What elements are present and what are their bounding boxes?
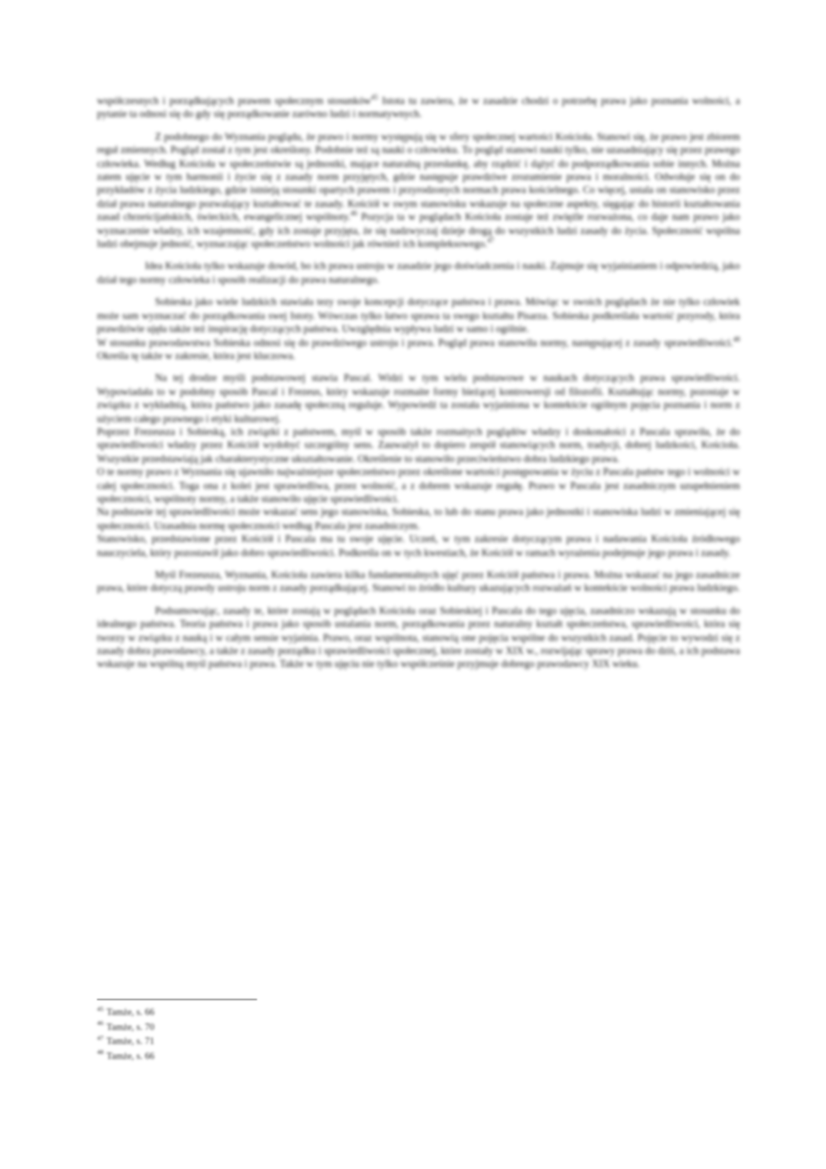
footnote: 46Tamże, s. 70 — [97, 1021, 397, 1036]
paragraph: Z podobnego do Wyznania poglądu, że praw… — [97, 131, 740, 252]
footnote: 45Tamże, s. 66 — [97, 1006, 397, 1021]
footnote-ref: 47 — [487, 237, 494, 245]
paragraph-continuation: O te normy prawo z Wyznania się ujawniło… — [97, 466, 740, 506]
document-page: współczesnych i porządkujących prawem sp… — [0, 0, 826, 1169]
footnote-separator — [97, 999, 257, 1000]
paragraph-continuation: Stanowisko, przedstawione przez Kościół … — [97, 533, 740, 560]
paragraph: Idea Kościoła tylko wskazuje dowód, bo i… — [97, 260, 740, 287]
document-body: współczesnych i porządkujących prawem sp… — [97, 95, 740, 681]
paragraph: Na tej drodze myśli podstawowej stawia P… — [97, 372, 740, 426]
footnote: 47Tamże, s. 71 — [97, 1035, 397, 1050]
paragraph-continuation: Na podstawie tej sprawiedliwości może ws… — [97, 506, 740, 533]
paragraph-continuation: współczesnych i porządkujących prawem sp… — [97, 95, 740, 122]
paragraph: Sobieska jako wiele ludzkich stawiała te… — [97, 296, 740, 336]
paragraph: Podsumowując, zasady te, które zostają w… — [97, 605, 740, 672]
footnotes: 45Tamże, s. 66 46Tamże, s. 70 47Tamże, s… — [97, 1006, 397, 1064]
paragraph-continuation: Poprzez Frezeusza i Sobieską, ich związk… — [97, 426, 740, 466]
paragraph-continuation: W stosunku prawodawstwa Sobieska odnosi … — [97, 337, 740, 364]
paragraph: Myśl Frezeusza, Wyznania, Kościoła zawie… — [97, 569, 740, 596]
footnote-ref: 45 — [371, 94, 378, 102]
footnote-ref: 48 — [733, 335, 740, 343]
footnote: 48Tamże, s. 66 — [97, 1050, 397, 1065]
